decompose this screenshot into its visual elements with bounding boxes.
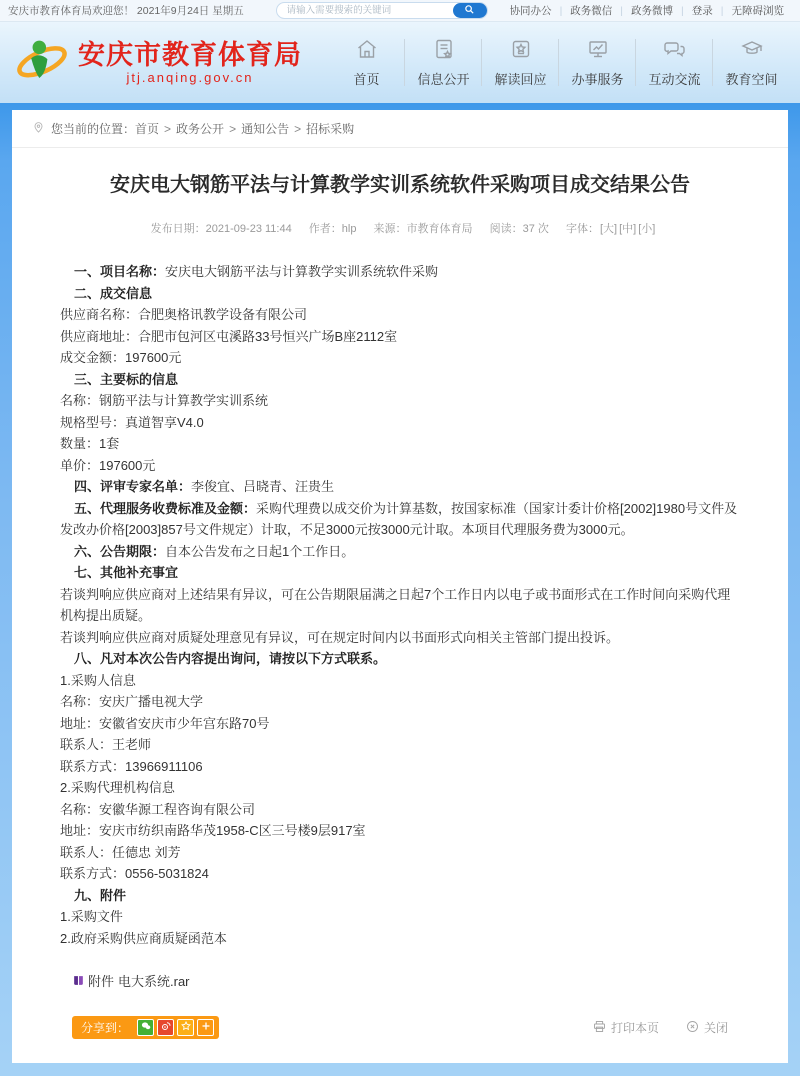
logo-icon xyxy=(14,33,70,92)
share-label: 分享到： xyxy=(81,1019,129,1036)
nav-item-education-space[interactable]: 教育空间 xyxy=(713,33,790,92)
nav-item-home[interactable]: 首页 xyxy=(328,33,405,92)
top-link[interactable]: 登录 xyxy=(684,3,721,18)
paragraph: 地址：安庆市纺织南路华茂1958-C区三号楼9层917室 xyxy=(60,820,740,842)
paragraph-text: 名称：钢筋平法与计算教学实训系统 xyxy=(60,393,268,408)
location-pin-icon xyxy=(32,120,51,138)
paragraph: 一、项目名称：安庆电大钢筋平法与计算教学实训系统软件采购 xyxy=(60,261,740,283)
paragraph-text: 地址：安庆市纺织南路华茂1958-C区三号楼9层917室 xyxy=(60,823,366,838)
paragraph-text: 2.采购代理机构信息 xyxy=(60,780,175,795)
nav-item-label: 首页 xyxy=(353,69,379,88)
top-link[interactable]: 协同办公 xyxy=(502,3,560,18)
paragraph-heading: 四、评审专家名单： xyxy=(74,479,191,494)
paragraph: 八、凡对本次公告内容提出询问，请按以下方式联系。 xyxy=(60,648,740,670)
nav-item-label: 解读回应 xyxy=(494,69,546,88)
paragraph: 1.采购文件 xyxy=(60,906,740,928)
paragraph: 联系方式：13966911106 xyxy=(60,756,740,778)
paragraph-text: 若谈判响应供应商对质疑处理意见有异议，可在规定时间内以书面形式向相关主管部门提出… xyxy=(60,630,619,645)
close-label: 关闭 xyxy=(704,1019,728,1036)
paragraph-text: 联系方式：13966911106 xyxy=(60,759,203,774)
attachment-file-link[interactable]: 电大系统.rar xyxy=(118,971,190,990)
paragraph-text: 数量：1套 xyxy=(60,436,119,451)
top-utility-bar: 安庆市教育体育局欢迎您！ 2021年9月24日 星期五 协同办公|政务微信|政务… xyxy=(0,0,800,22)
paragraph: 单价：197600元 xyxy=(60,455,740,477)
paragraph: 名称：钢筋平法与计算教学实训系统 xyxy=(60,390,740,412)
paragraph: 四、评审专家名单：李俊宜、吕晓青、汪贵生 xyxy=(60,476,740,498)
main-nav: 首页信息公开解读回应办事服务互动交流教育空间 xyxy=(328,33,790,92)
breadcrumb-separator: > xyxy=(164,122,171,136)
breadcrumb-item[interactable]: 通知公告 xyxy=(241,122,289,136)
font-size-medium-button[interactable]: [中] xyxy=(619,223,636,235)
author: 作者：hlp xyxy=(309,223,357,235)
font-size-label: 字体： xyxy=(566,223,599,235)
paragraph-heading: 二、成交信息 xyxy=(74,286,152,301)
paragraph: 2.采购代理机构信息 xyxy=(60,777,740,799)
article: 安庆电大钢筋平法与计算教学实训系统软件采购项目成交结果公告 发布日期：2021-… xyxy=(12,148,788,1063)
monitor-icon xyxy=(586,37,610,66)
nav-item-label: 教育空间 xyxy=(725,69,777,88)
paragraph: 成交金额：197600元 xyxy=(60,347,740,369)
top-link[interactable]: 无障碍浏览 xyxy=(724,3,793,18)
paragraph: 名称：安徽华源工程咨询有限公司 xyxy=(60,799,740,821)
paragraph-text: 安庆电大钢筋平法与计算教学实训系统软件采购 xyxy=(165,264,438,279)
share-qzone-button[interactable] xyxy=(177,1019,194,1036)
paragraph-heading: 八、凡对本次公告内容提出询问，请按以下方式联系。 xyxy=(74,651,386,666)
breadcrumb-item[interactable]: 招标采购 xyxy=(306,122,354,136)
paragraph-heading: 五、代理服务收费标准及金额： xyxy=(74,501,256,516)
breadcrumb-items: 首页>政务公开>通知公告>招标采购 xyxy=(135,120,354,137)
top-link[interactable]: 政务微博 xyxy=(623,3,681,18)
welcome-text: 安庆市教育体育局欢迎您！ 2021年9月24日 星期五 xyxy=(8,3,244,18)
search-box xyxy=(276,2,488,19)
paragraph: 1.采购人信息 xyxy=(60,670,740,692)
close-icon xyxy=(685,1019,704,1037)
nav-item-info-disclosure[interactable]: 信息公开 xyxy=(405,33,482,92)
site-url: jtj.anqing.gov.cn xyxy=(78,70,302,85)
graduation-cap-icon xyxy=(740,37,764,66)
paragraph: 联系方式：0556-5031824 xyxy=(60,863,740,885)
article-content: 一、项目名称：安庆电大钢筋平法与计算教学实训系统软件采购二、成交信息供应商名称：… xyxy=(60,261,740,949)
search-icon xyxy=(464,3,475,18)
breadcrumb-separator: > xyxy=(294,122,301,136)
paragraph-text: 联系方式：0556-5031824 xyxy=(60,866,209,881)
printer-icon xyxy=(592,1019,611,1037)
close-button[interactable]: 关闭 xyxy=(685,1019,728,1037)
share-weibo-button[interactable] xyxy=(157,1019,174,1036)
print-page-label: 打印本页 xyxy=(611,1019,659,1036)
paragraph-text: 供应商名称：合肥奥格讯教学设备有限公司 xyxy=(60,307,307,322)
paragraph: 若谈判响应供应商对质疑处理意见有异议，可在规定时间内以书面形式向相关主管部门提出… xyxy=(60,627,740,649)
site-name: 安庆市教育体育局 xyxy=(78,40,302,70)
paragraph-text: 规格型号：真道智享V4.0 xyxy=(60,415,204,430)
site-logo[interactable]: 安庆市教育体育局 jtj.anqing.gov.cn xyxy=(14,33,302,92)
paragraph-text: 单价：197600元 xyxy=(60,458,155,473)
paragraph-text: 若谈判响应供应商对上述结果有异议，可在公告期限届满之日起7个工作日内以电子或书面… xyxy=(60,587,730,624)
paragraph: 联系人：王老师 xyxy=(60,734,740,756)
nav-item-label: 信息公开 xyxy=(417,69,469,88)
home-icon xyxy=(355,37,379,66)
nav-item-label: 互动交流 xyxy=(648,69,700,88)
top-links: 协同办公|政务微信|政务微博|登录|无障碍浏览 xyxy=(502,3,792,18)
paragraph: 六、公告期限：自本公告发布之日起1个工作日。 xyxy=(60,541,740,563)
paragraph: 联系人：任德忠 刘芳 xyxy=(60,842,740,864)
plus-icon xyxy=(200,1019,212,1037)
font-size-small-button[interactable]: [小] xyxy=(638,223,655,235)
paragraph: 数量：1套 xyxy=(60,433,740,455)
paragraph-text: 1.采购文件 xyxy=(60,909,123,924)
paragraph-heading: 三、主要标的信息 xyxy=(74,372,178,387)
nav-item-interaction[interactable]: 互动交流 xyxy=(636,33,713,92)
print-page-button[interactable]: 打印本页 xyxy=(592,1019,659,1037)
paragraph-text: 李俊宜、吕晓青、汪贵生 xyxy=(191,479,334,494)
breadcrumb-item[interactable]: 首页 xyxy=(135,122,159,136)
attachment-label: 附件 xyxy=(88,971,114,990)
paragraph: 供应商名称：合肥奥格讯教学设备有限公司 xyxy=(60,304,740,326)
paragraph: 五、代理服务收费标准及金额：采购代理费以成交价为计算基数，按国家标准（国家计委计… xyxy=(60,498,740,541)
paragraph-heading: 六、公告期限： xyxy=(74,544,165,559)
breadcrumb-prefix: 您当前的位置： xyxy=(51,120,135,137)
site-header: 安庆市教育体育局 jtj.anqing.gov.cn 首页信息公开解读回应办事服… xyxy=(0,22,800,103)
paragraph: 七、其他补充事宜 xyxy=(60,562,740,584)
paragraph: 九、附件 xyxy=(60,885,740,907)
search-button[interactable] xyxy=(453,3,487,18)
rar-file-icon xyxy=(72,974,85,987)
view-count: 阅读：37 次 xyxy=(490,223,549,235)
star-icon xyxy=(180,1019,192,1037)
font-size-large-button[interactable]: [大] xyxy=(600,223,617,235)
paragraph-text: 自本公告发布之日起1个工作日。 xyxy=(165,544,354,559)
content-card: 您当前的位置： 首页>政务公开>通知公告>招标采购 安庆电大钢筋平法与计算教学实… xyxy=(12,110,788,1063)
share-wechat-button[interactable] xyxy=(137,1019,154,1036)
page-actions: 打印本页 关闭 xyxy=(566,1019,728,1037)
star-document-icon xyxy=(509,37,533,66)
nav-item-label: 办事服务 xyxy=(571,69,623,88)
paragraph-text: 2.政府采购供应商质疑函范本 xyxy=(60,931,227,946)
breadcrumb-separator: > xyxy=(229,122,236,136)
paragraph: 规格型号：真道智享V4.0 xyxy=(60,412,740,434)
paragraph-text: 地址：安徽省安庆市少年宫东路70号 xyxy=(60,716,269,731)
nav-item-interpretation-response[interactable]: 解读回应 xyxy=(482,33,559,92)
document-icon xyxy=(432,37,456,66)
paragraph-heading: 一、项目名称： xyxy=(74,264,165,279)
weibo-icon xyxy=(160,1019,172,1037)
paragraph: 名称：安庆广播电视大学 xyxy=(60,691,740,713)
paragraph-heading: 九、附件 xyxy=(74,888,126,903)
paragraph: 供应商地址：合肥市包河区屯溪路33号恒兴广场B座2112室 xyxy=(60,326,740,348)
nav-item-services[interactable]: 办事服务 xyxy=(559,33,636,92)
source: 来源：市教育体育局 xyxy=(374,223,473,235)
share-buttons xyxy=(134,1019,214,1036)
attachment-row: 附件 电大系统.rar xyxy=(60,971,740,990)
paragraph: 三、主要标的信息 xyxy=(60,369,740,391)
publish-date: 发布日期：2021-09-23 11:44 xyxy=(151,223,292,235)
paragraph-text: 成交金额：197600元 xyxy=(60,350,181,365)
footer-row: 分享到： 打印本页 关闭 xyxy=(60,1016,740,1063)
share-bar: 分享到： xyxy=(72,1016,219,1039)
paragraph-text: 名称：安徽华源工程咨询有限公司 xyxy=(60,802,255,817)
paragraph-heading: 七、其他补充事宜 xyxy=(74,565,178,580)
paragraph-text: 名称：安庆广播电视大学 xyxy=(60,694,203,709)
paragraph: 若谈判响应供应商对上述结果有异议，可在公告期限届满之日起7个工作日内以电子或书面… xyxy=(60,584,740,627)
article-meta: 发布日期：2021-09-23 11:44 作者：hlp 来源：市教育体育局 阅… xyxy=(60,220,740,236)
paragraph: 2.政府采购供应商质疑函范本 xyxy=(60,928,740,950)
paragraph-text: 联系人：任德忠 刘芳 xyxy=(60,845,181,860)
wechat-icon xyxy=(140,1019,152,1037)
top-link[interactable]: 政务微信 xyxy=(562,3,620,18)
paragraph-text: 1.采购人信息 xyxy=(60,673,136,688)
chat-icon xyxy=(663,37,687,66)
breadcrumb-item[interactable]: 政务公开 xyxy=(176,122,224,136)
paragraph-text: 供应商地址：合肥市包河区屯溪路33号恒兴广场B座2112室 xyxy=(60,329,397,344)
paragraph: 二、成交信息 xyxy=(60,283,740,305)
page-title: 安庆电大钢筋平法与计算教学实训系统软件采购项目成交结果公告 xyxy=(60,170,740,200)
share-more-button[interactable] xyxy=(197,1019,214,1036)
breadcrumb: 您当前的位置： 首页>政务公开>通知公告>招标采购 xyxy=(12,110,788,148)
paragraph: 地址：安徽省安庆市少年宫东路70号 xyxy=(60,713,740,735)
page-background: 您当前的位置： 首页>政务公开>通知公告>招标采购 安庆电大钢筋平法与计算教学实… xyxy=(0,103,800,1076)
paragraph-text: 联系人：王老师 xyxy=(60,737,151,752)
